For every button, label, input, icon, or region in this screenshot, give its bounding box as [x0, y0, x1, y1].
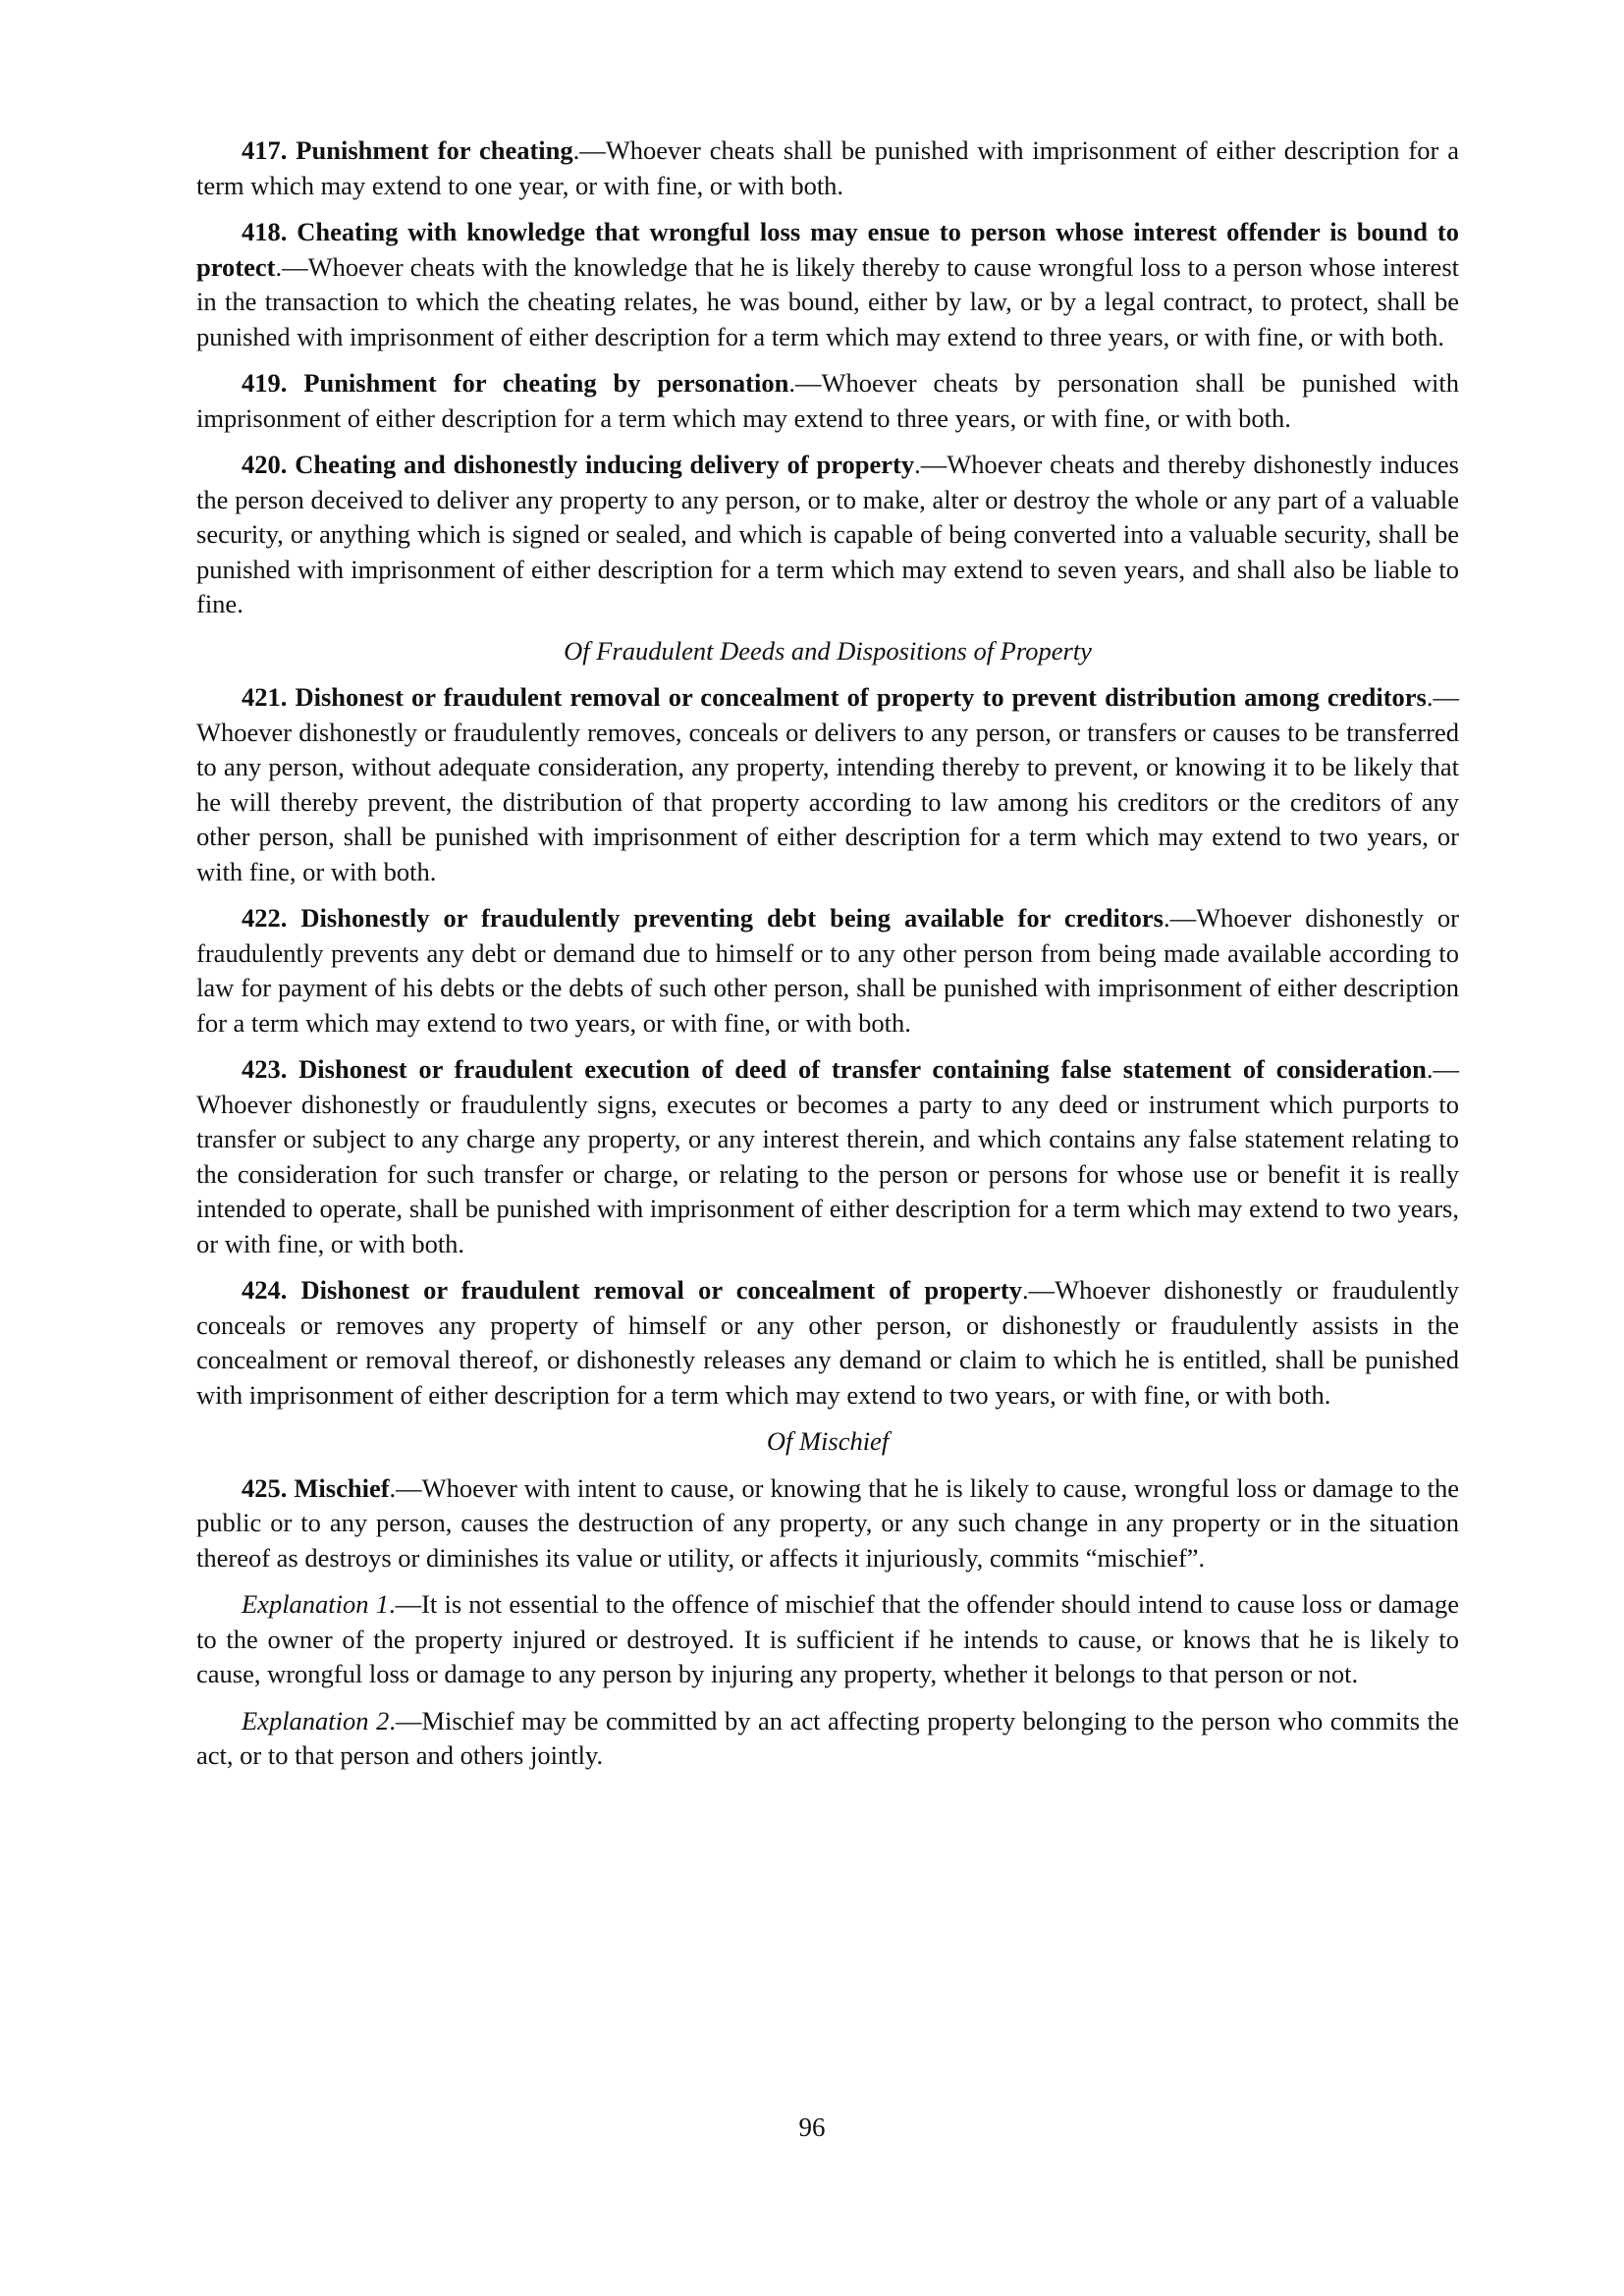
section-425: 425. Mischief.—Whoever with intent to ca… [196, 1471, 1459, 1576]
section-dash: .— [573, 135, 606, 165]
explanation-2: Explanation 2.—Mischief may be committed… [196, 1704, 1459, 1774]
explanation-label: Explanation 1 [242, 1589, 389, 1619]
section-418: 418. Cheating with knowledge that wrongf… [196, 215, 1459, 354]
section-body: Whoever dishonestly or fraudulently sign… [196, 1090, 1459, 1258]
section-dash: .— [1164, 903, 1196, 933]
section-422: 422. Dishonestly or fraudulently prevent… [196, 901, 1459, 1041]
section-title: Dishonest or fraudulent execution of dee… [298, 1054, 1427, 1084]
section-dash: .— [788, 368, 821, 398]
section-title: Dishonest or fraudulent removal or conce… [301, 1275, 1022, 1305]
section-dash: .— [1022, 1275, 1055, 1305]
section-424: 424. Dishonest or fraudulent removal or … [196, 1273, 1459, 1413]
section-number: 418. [242, 217, 287, 246]
section-body: Whoever dishonestly or fraudulently remo… [196, 718, 1459, 886]
section-title: Dishonestly or fraudulently preventing d… [300, 903, 1164, 933]
section-number: 421. [242, 682, 287, 712]
section-dash: .— [1427, 682, 1459, 712]
section-dash: .— [914, 450, 947, 479]
section-number: 423. [242, 1054, 287, 1084]
section-dash: .— [275, 252, 307, 282]
section-body: Whoever cheats with the knowledge that h… [196, 252, 1459, 351]
explanation-dash: .— [389, 1706, 421, 1735]
section-421: 421. Dishonest or fraudulent removal or … [196, 680, 1459, 889]
section-number: 419. [242, 368, 287, 398]
section-dash: .— [390, 1473, 422, 1503]
chapter-subheading-mischief: Of Mischief [196, 1424, 1459, 1460]
section-dash: .— [1427, 1054, 1459, 1084]
page-number: 96 [0, 2110, 1624, 2144]
section-423: 423. Dishonest or fraudulent execution o… [196, 1052, 1459, 1261]
document-page: 417. Punishment for cheating.—Whoever ch… [196, 133, 1459, 1786]
explanation-dash: .— [389, 1589, 421, 1619]
explanation-1: Explanation 1.—It is not essential to th… [196, 1587, 1459, 1692]
section-number: 425. [242, 1473, 287, 1503]
section-number: 420. [242, 450, 287, 479]
section-title: Punishment for cheating [296, 135, 572, 165]
chapter-subheading-fraudulent-deeds: Of Fraudulent Deeds and Dispositions of … [196, 634, 1459, 669]
section-419: 419. Punishment for cheating by personat… [196, 366, 1459, 436]
explanation-label: Explanation 2 [242, 1706, 389, 1735]
section-number: 417. [242, 135, 287, 165]
section-417: 417. Punishment for cheating.—Whoever ch… [196, 133, 1459, 203]
section-number: 424. [242, 1275, 287, 1305]
section-number: 422. [242, 903, 287, 933]
section-title: Punishment for cheating by personation [303, 368, 788, 398]
section-420: 420. Cheating and dishonestly inducing d… [196, 448, 1459, 622]
section-title: Cheating and dishonestly inducing delive… [295, 450, 914, 479]
section-title: Dishonest or fraudulent removal or conce… [295, 682, 1426, 712]
section-title: Mischief [294, 1473, 389, 1503]
